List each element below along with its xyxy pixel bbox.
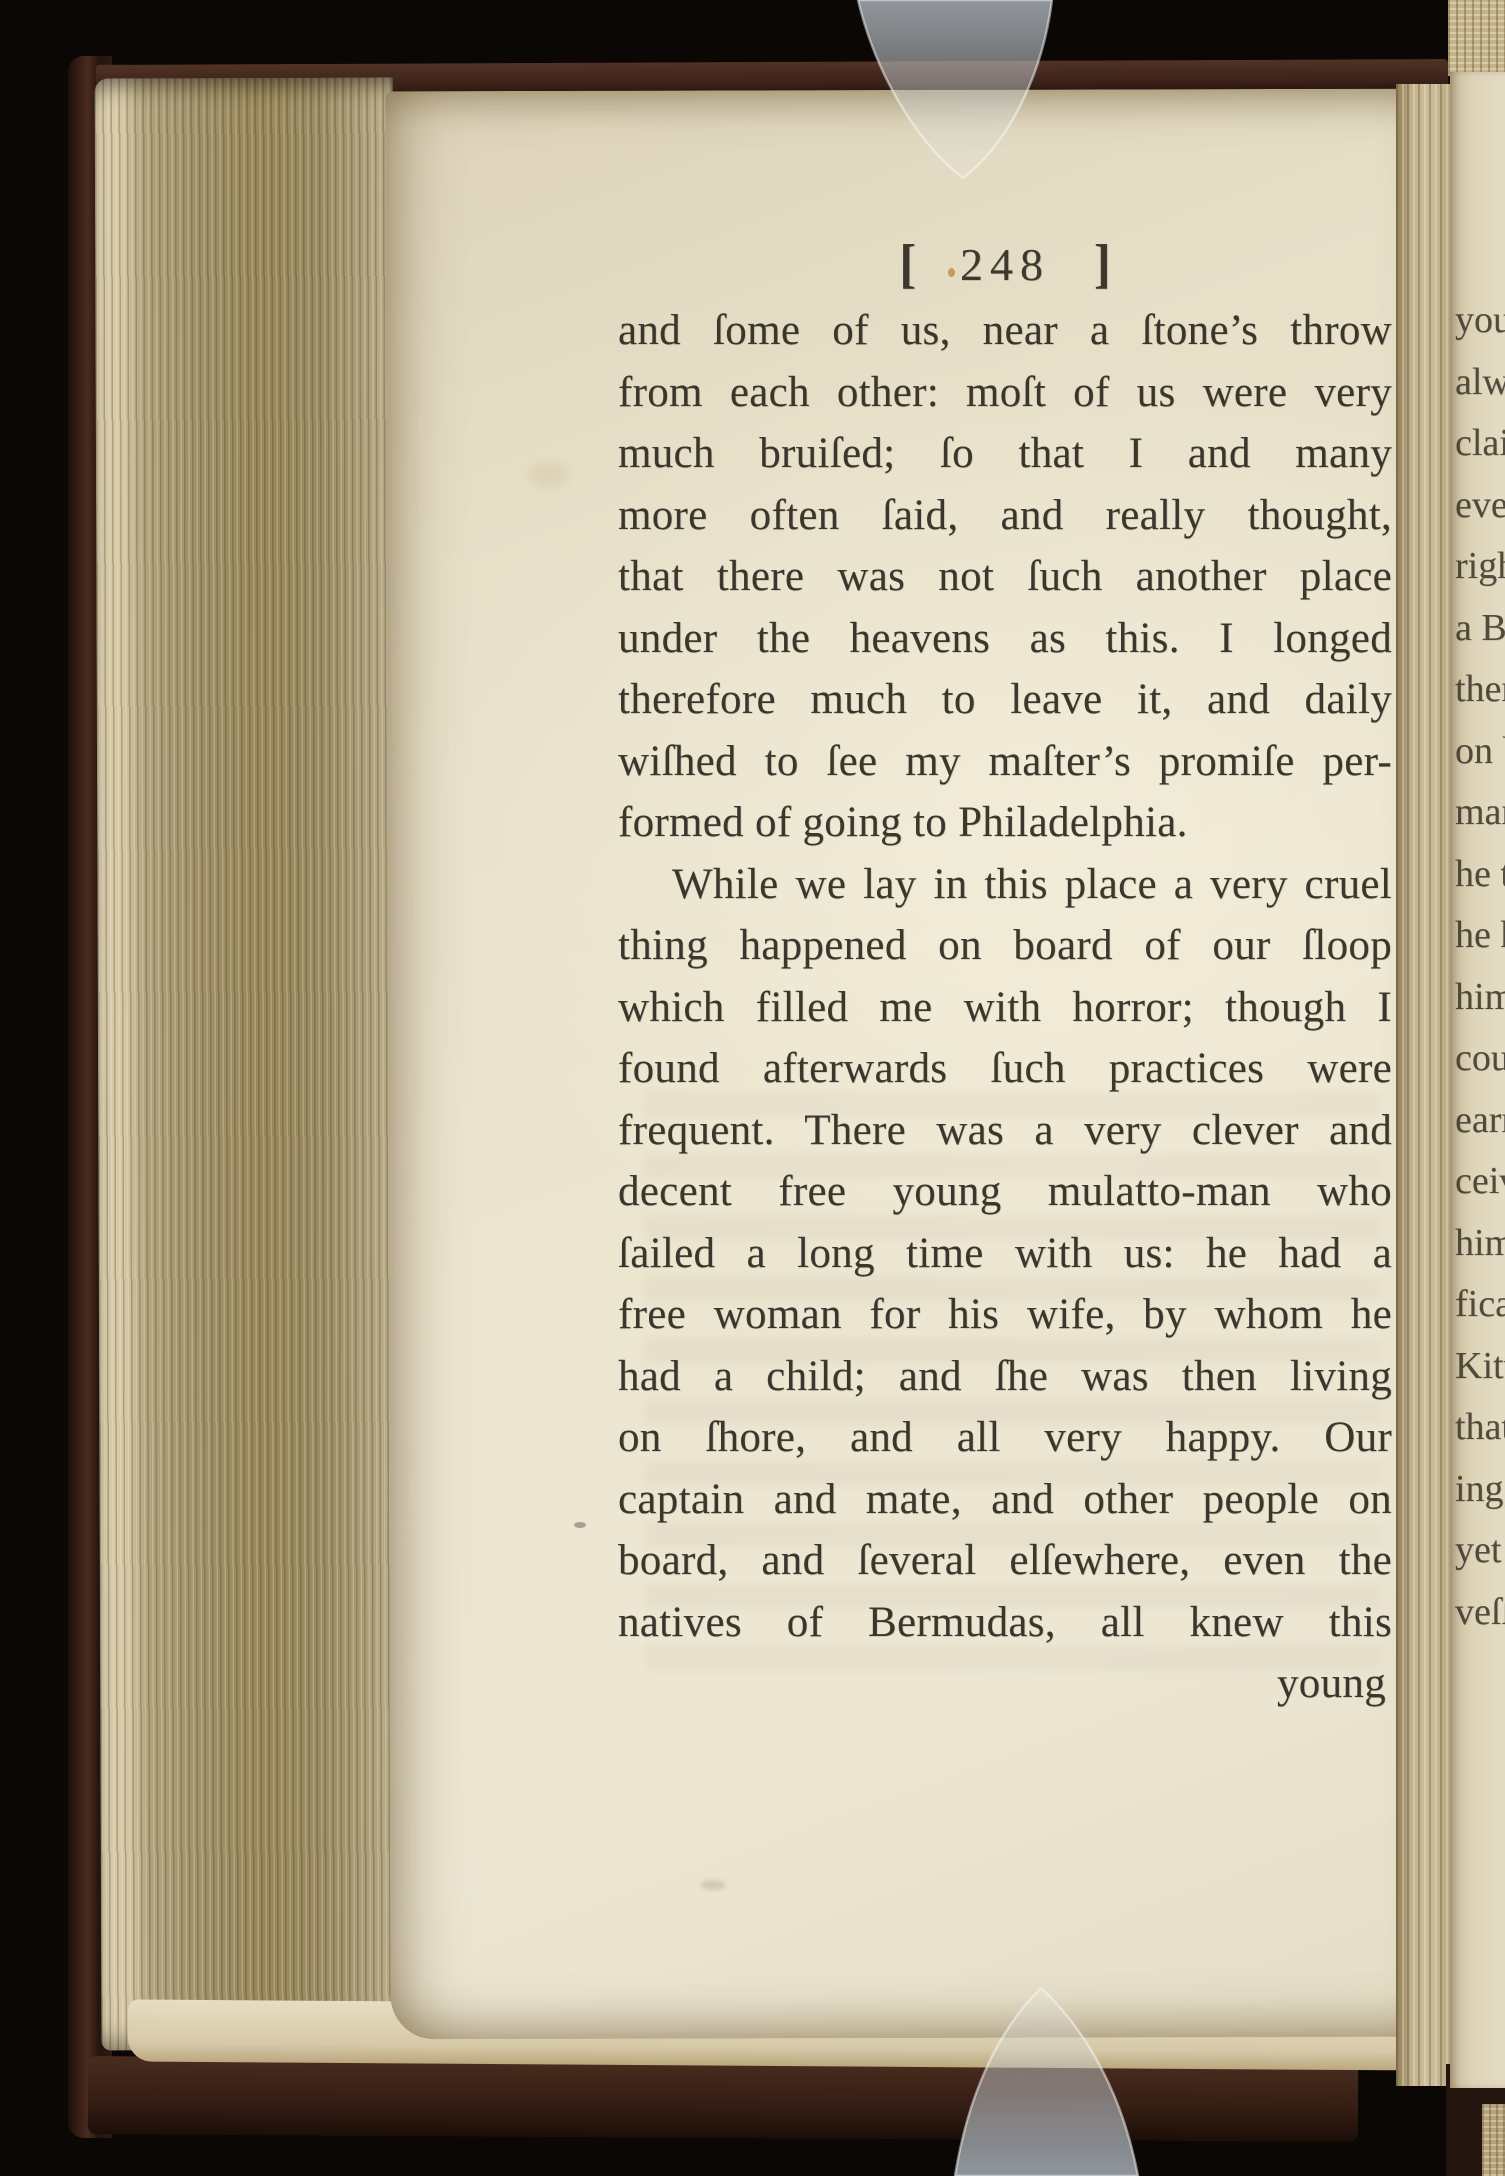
text-line: under the heavens as this. I longed	[618, 608, 1392, 670]
text-line: therefore much to leave it, and daily	[618, 669, 1392, 731]
page-speck	[948, 268, 955, 277]
next-page-text-line: veſſ	[1455, 1582, 1505, 1644]
body-text: and ſome of us, near a ſtone’s throw fro…	[618, 300, 1392, 1715]
text-line: natives of Bermudas, all knew this	[618, 1592, 1392, 1654]
next-page-text-line: ever, as	[1455, 475, 1505, 537]
page-speck	[574, 1522, 586, 1528]
next-page-text-line: right in	[1455, 536, 1505, 598]
text-line: free woman for his wife, by whom he	[618, 1284, 1392, 1346]
next-page-text-line: could	[1455, 1028, 1505, 1090]
next-page-text-line: earneſ	[1455, 1090, 1505, 1152]
text-line: much bruiſed; ſo that I and many	[618, 423, 1392, 485]
next-page-text-line: yet	[1455, 1520, 1505, 1582]
next-page-text-line: ing,	[1455, 1459, 1505, 1521]
page-foxing-spot	[529, 462, 569, 488]
text-line: frequent. There was a very clever and	[618, 1100, 1392, 1162]
text-line: which filled me with horror; though I	[618, 977, 1392, 1039]
text-line-paragraph-end: formed of going to Philadelphia.	[618, 792, 1392, 854]
next-page-text-line: that	[1455, 1397, 1505, 1459]
next-page-text-line: a Berm	[1455, 598, 1505, 660]
next-page-text-line: he had	[1455, 905, 1505, 967]
text-line: board, and ſeveral elſewhere, even the	[618, 1530, 1392, 1592]
page-holder-clip-bottom	[880, 1960, 1220, 2176]
next-page-sliver: young m always claimed ever, as right in…	[1450, 72, 1505, 2088]
text-line: on ſhore, and all very happy. Our	[618, 1407, 1392, 1469]
next-page-text-line: on boa	[1455, 721, 1505, 783]
next-page-text-column: young m always claimed ever, as right in…	[1455, 290, 1505, 1643]
next-page-text-line: there f	[1455, 659, 1505, 721]
catchword: young	[618, 1653, 1392, 1715]
fabric-backing-top-right	[1448, 0, 1505, 76]
text-line: ſailed a long time with us: he had a	[618, 1223, 1392, 1285]
text-line: decent free young mulatto-man who	[618, 1161, 1392, 1223]
curled-page-edges	[1396, 84, 1452, 2086]
next-page-text-line: Kitt’	[1455, 1336, 1505, 1398]
text-line: wiſhed to ſee my maſter’s promiſe per-	[618, 731, 1392, 793]
page-number-header: [ 248 ]	[618, 234, 1392, 294]
text-line: captain and mate, and other people on	[618, 1469, 1392, 1531]
next-page-text-line: always	[1455, 352, 1505, 414]
next-page-text-line: young m	[1455, 290, 1505, 352]
next-page-text-line: him ;	[1455, 1213, 1505, 1275]
next-page-text-line: he tol	[1455, 844, 1505, 906]
next-page-text-line: claimed	[1455, 413, 1505, 475]
text-line: and ſome of us, near a ſtone’s throw	[618, 300, 1392, 362]
text-line: from each other: moſt of us were very	[618, 362, 1392, 424]
page-stack-fore-edge	[95, 77, 400, 2050]
book-photograph: young m always claimed ever, as right in…	[0, 0, 1505, 2176]
text-line-paragraph-start: While we lay in this place a very cruel	[618, 854, 1392, 916]
next-page-text-line: man,	[1455, 782, 1505, 844]
page-number: 248	[960, 236, 1050, 294]
next-page-text-line: ceived	[1455, 1151, 1505, 1213]
text-line: more often ſaid, and really thought,	[618, 485, 1392, 547]
next-page-text-line: ficate	[1455, 1274, 1505, 1336]
next-page-text-line: him t	[1455, 967, 1505, 1029]
left-bracket: [	[899, 232, 916, 295]
text-line: that there was not ſuch another place	[618, 546, 1392, 608]
text-line: thing happened on board of our ſloop	[618, 915, 1392, 977]
text-line: found afterwards ſuch practices were	[618, 1038, 1392, 1100]
page-speck	[700, 1880, 726, 1890]
fabric-backing-bottom-right	[1482, 2104, 1505, 2176]
page-holder-clip-top	[820, 0, 1160, 200]
right-bracket: ]	[1094, 232, 1111, 295]
text-line: had a child; and ſhe was then living	[618, 1346, 1392, 1408]
